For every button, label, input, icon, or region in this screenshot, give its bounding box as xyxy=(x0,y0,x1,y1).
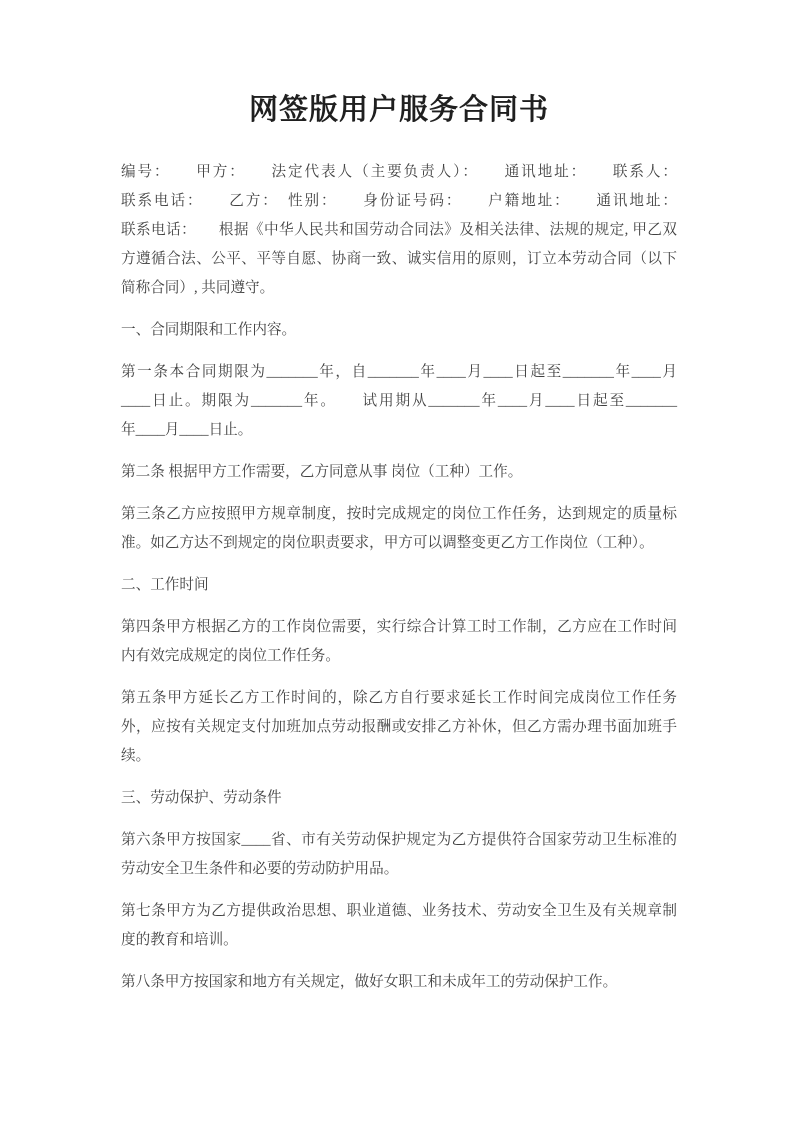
text-line: 第四条甲方根据乙方的工作岗位需要，实行综合计算工时工作制，乙方应在工作时间 xyxy=(121,613,677,642)
text-line: 续。 xyxy=(121,742,677,771)
text-line: 二、工作时间 xyxy=(121,571,677,600)
text-line: 准。如乙方达不到规定的岗位职责要求，甲方可以调整变更乙方工作岗位（工种）。 xyxy=(121,529,677,558)
text-line: ____日止。期限为_______年。 试用期从_______年____月___… xyxy=(121,387,677,416)
section-heading: 三、劳动保护、劳动条件 xyxy=(121,784,677,813)
paragraph: 第一条本合同期限为_______年，自_______年____月____日起至_… xyxy=(121,358,677,445)
text-line: 劳动安全卫生条件和必要的劳动防护用品。 xyxy=(121,855,677,884)
text-line: 第五条甲方延长乙方工作时间的，除乙方自行要求延长工作时间完成岗位工作任务 xyxy=(121,684,677,713)
paragraph: 编号： 甲方： 法定代表人（主要负责人）： 通讯地址： 联系人：联系电话： 乙方… xyxy=(121,158,677,303)
paragraph: 第三条乙方应按照甲方规章制度，按时完成规定的岗位工作任务，达到规定的质量标准。如… xyxy=(121,500,677,558)
document-page: 网签版用户服务合同书 编号： 甲方： 法定代表人（主要负责人）： 通讯地址： 联… xyxy=(0,0,793,1122)
text-line: 度的教育和培训。 xyxy=(121,926,677,955)
contract-title: 网签版用户服务合同书 xyxy=(121,92,677,128)
section-heading: 二、工作时间 xyxy=(121,571,677,600)
paragraph: 第五条甲方延长乙方工作时间的，除乙方自行要求延长工作时间完成岗位工作任务外，应按… xyxy=(121,684,677,771)
text-line: 联系电话： 乙方： 性别： 身份证号码： 户籍地址： 通讯地址： xyxy=(121,187,677,216)
text-line: 方遵循合法、公平、平等自愿、协商一致、诚实信用的原则，订立本劳动合同（以下 xyxy=(121,245,677,274)
text-line: 第一条本合同期限为_______年，自_______年____月____日起至_… xyxy=(121,358,677,387)
paragraph: 第七条甲方为乙方提供政治思想、职业道德、业务技术、劳动安全卫生及有关规章制度的教… xyxy=(121,897,677,955)
text-line: 一、合同期限和工作内容。 xyxy=(121,316,677,345)
text-line: 第八条甲方按国家和地方有关规定，做好女职工和未成年工的劳动保护工作。 xyxy=(121,968,677,997)
paragraph: 第四条甲方根据乙方的工作岗位需要，实行综合计算工时工作制，乙方应在工作时间内有效… xyxy=(121,613,677,671)
text-line: 简称合同）, 共同遵守。 xyxy=(121,274,677,303)
text-line: 编号： 甲方： 法定代表人（主要负责人）： 通讯地址： 联系人： xyxy=(121,158,677,187)
text-line: 第三条乙方应按照甲方规章制度，按时完成规定的岗位工作任务，达到规定的质量标 xyxy=(121,500,677,529)
text-line: 三、劳动保护、劳动条件 xyxy=(121,784,677,813)
document-body: 编号： 甲方： 法定代表人（主要负责人）： 通讯地址： 联系人：联系电话： 乙方… xyxy=(121,158,677,997)
paragraph: 第二条 根据甲方工作需要，乙方同意从事 岗位（工种）工作。 xyxy=(121,458,677,487)
text-line: 第六条甲方按国家____省、市有关劳动保护规定为乙方提供符合国家劳动卫生标准的 xyxy=(121,826,677,855)
text-line: 第二条 根据甲方工作需要，乙方同意从事 岗位（工种）工作。 xyxy=(121,458,677,487)
paragraph: 第六条甲方按国家____省、市有关劳动保护规定为乙方提供符合国家劳动卫生标准的劳… xyxy=(121,826,677,884)
paragraph: 第八条甲方按国家和地方有关规定，做好女职工和未成年工的劳动保护工作。 xyxy=(121,968,677,997)
text-line: 外，应按有关规定支付加班加点劳动报酬或安排乙方补休，但乙方需办理书面加班手 xyxy=(121,713,677,742)
text-line: 第七条甲方为乙方提供政治思想、职业道德、业务技术、劳动安全卫生及有关规章制 xyxy=(121,897,677,926)
text-line: 联系电话： 根据《中华人民共和国劳动合同法》及相关法律、法规的规定, 甲乙双 xyxy=(121,216,677,245)
text-line: 内有效完成规定的岗位工作任务。 xyxy=(121,642,677,671)
text-line: 年____月____日止。 xyxy=(121,416,677,445)
section-heading: 一、合同期限和工作内容。 xyxy=(121,316,677,345)
